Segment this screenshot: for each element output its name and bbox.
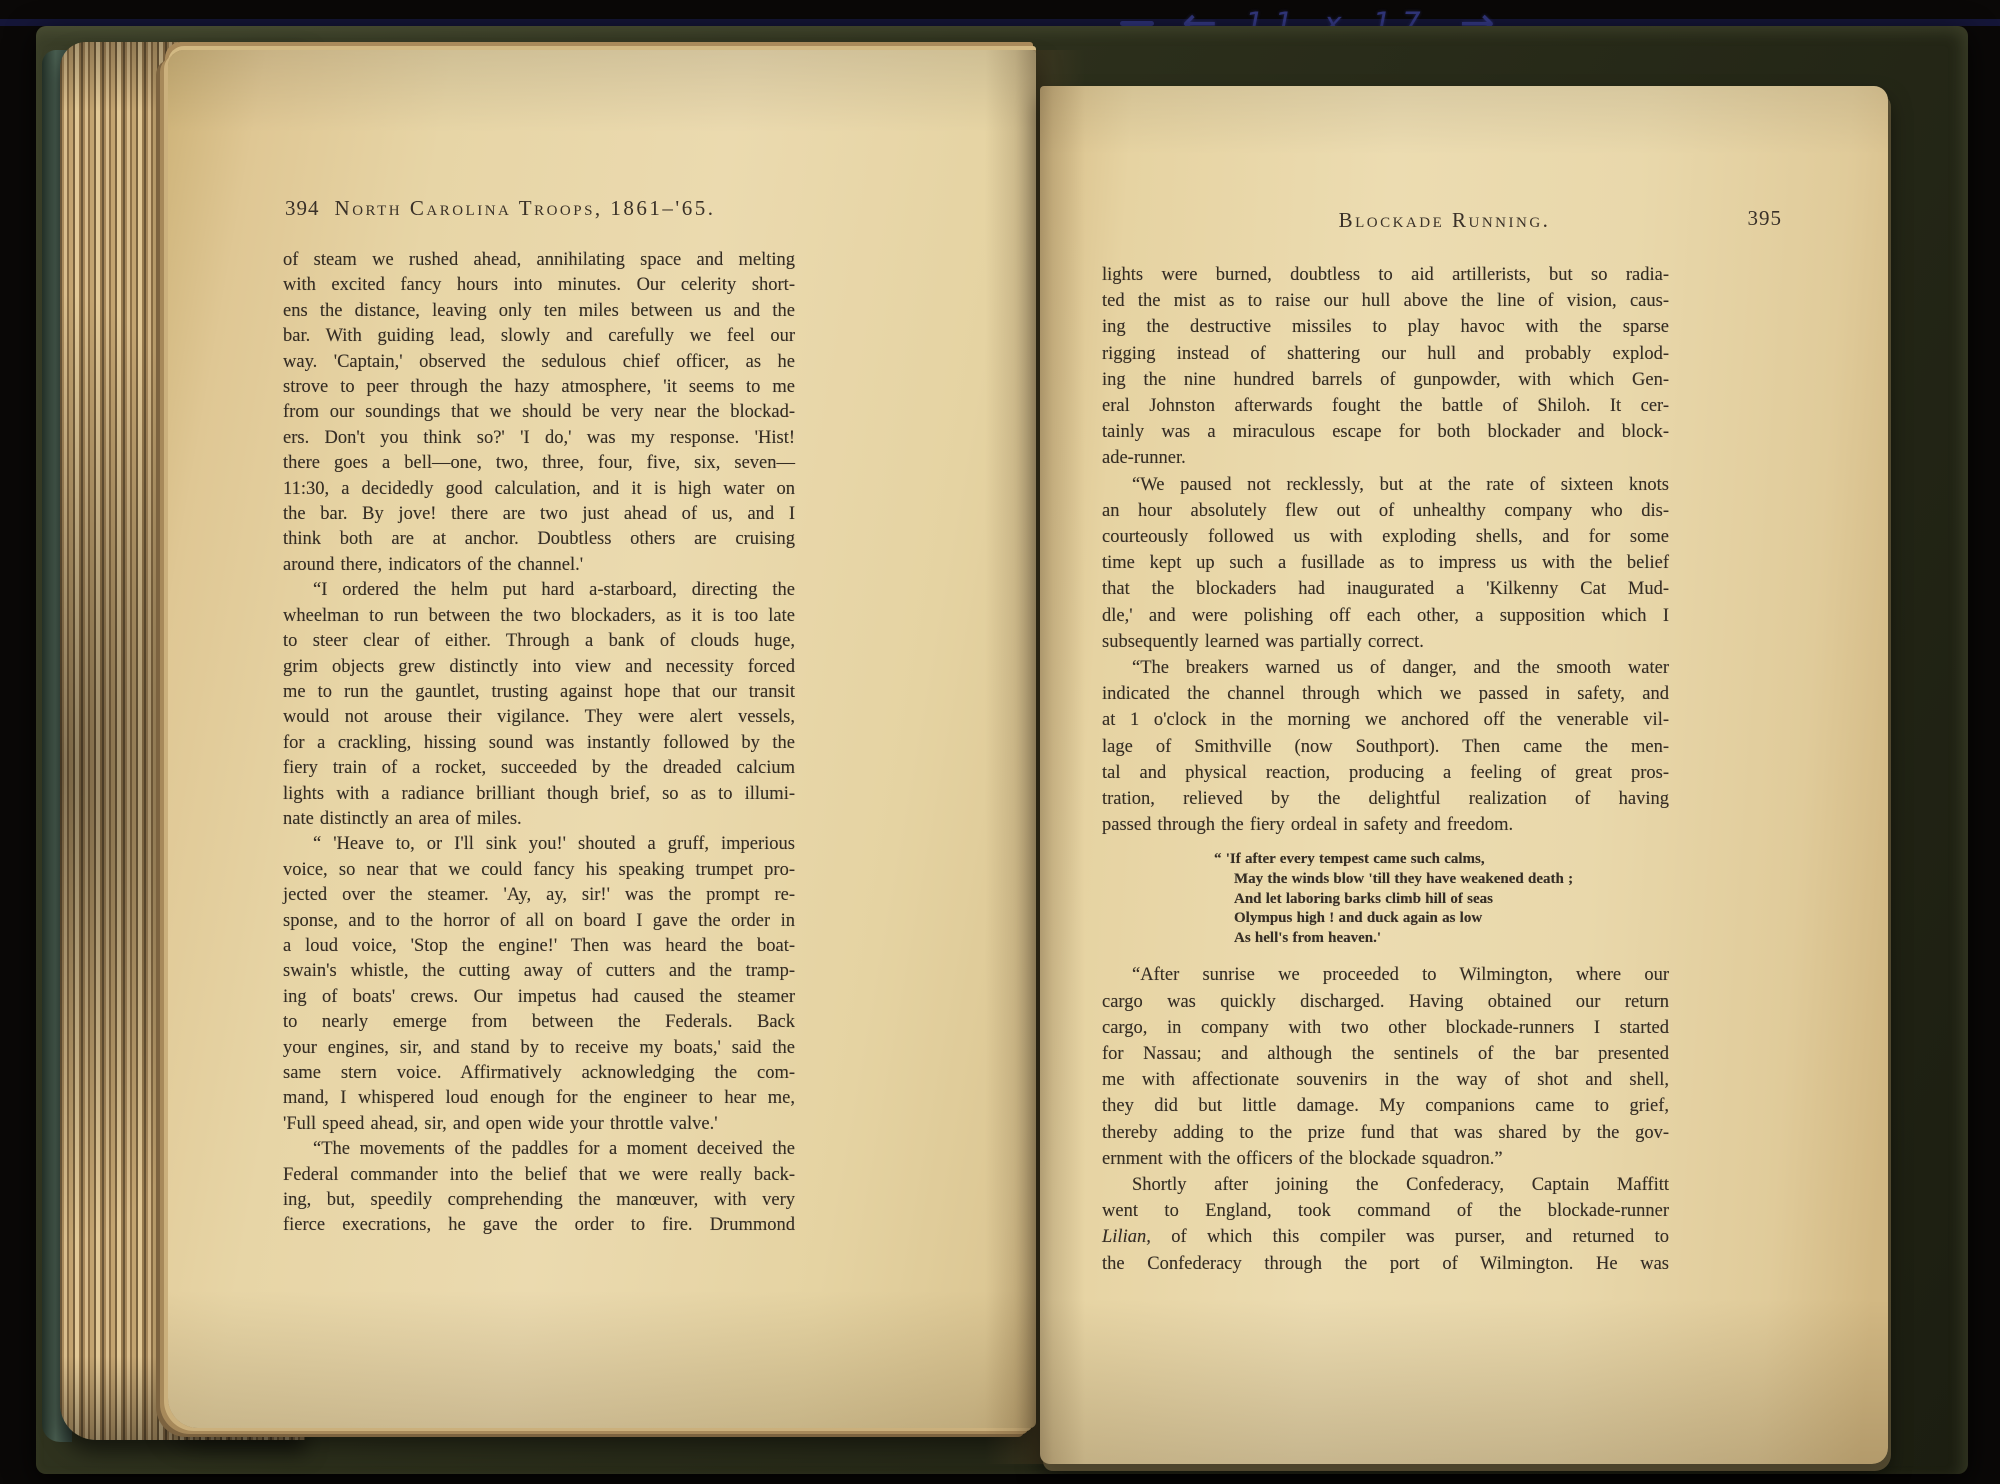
text-line: “The breakers warned us of danger, and t… — [1102, 655, 1669, 681]
text-line: me to run the gauntlet, trusting against… — [283, 680, 795, 705]
scan-top-line — [0, 19, 2000, 26]
text-line: And let laboring barks climb hill of sea… — [1234, 890, 1669, 910]
text-line: for Nassau; and although the sentinels o… — [1102, 1041, 1669, 1067]
text-line: for a crackling, hissing sound was insta… — [283, 731, 795, 756]
text-line: me with affectionate souvenirs in the wa… — [1102, 1067, 1669, 1093]
verse-quote: “ 'If after every tempest came such calm… — [1214, 850, 1669, 948]
text-line: ing of boats' crews. Our impetus had cau… — [283, 985, 795, 1010]
text-line: indicated the channel through which we p… — [1102, 681, 1669, 707]
text-line: As hell's from heaven.' — [1234, 929, 1669, 949]
text-line: there goes a bell—one, two, three, four,… — [283, 451, 795, 476]
text-line: the Confederacy through the port of Wilm… — [1102, 1251, 1669, 1277]
text-line: the bar. By jove! there are two just ahe… — [283, 502, 795, 527]
paragraph: lights were burned, doubtless to aid art… — [1102, 262, 1669, 472]
right-page-text: lights were burned, doubtless to aid art… — [1102, 262, 1669, 1277]
text-line: subsequently learned was partially corre… — [1102, 629, 1669, 655]
text-line: an hour absolutely flew out of unhealthy… — [1102, 498, 1669, 524]
text-line: swain's whistle, the cutting away of cut… — [283, 959, 795, 984]
text-line: Olympus high ! and duck again as low — [1234, 909, 1669, 929]
text-line: your engines, sir, and stand by to recei… — [283, 1036, 795, 1061]
text-line: same stern voice. Affirmatively acknowle… — [283, 1061, 795, 1086]
text-line: from our soundings that we should be ver… — [283, 400, 795, 425]
text-line: 11:30, a decidedly good calculation, and… — [283, 477, 795, 502]
text-line: lage of Smithville (now Southport). Then… — [1102, 734, 1669, 760]
text-line: May the winds blow 'till they have weake… — [1234, 870, 1669, 890]
text-line: tainly was a miraculous escape for both … — [1102, 419, 1669, 445]
right-page-header: Blockade Running. 395 — [1102, 208, 1782, 233]
paragraph: “ 'Heave to, or I'll sink you!' shouted … — [283, 832, 795, 1137]
left-page-header: 394 North Carolina Troops, 1861–'65. — [283, 196, 795, 221]
text-line: at 1 o'clock in the morning we anchored … — [1102, 707, 1669, 733]
text-segment: of which this compiler was purser, and r… — [1151, 1227, 1669, 1247]
running-header-left: North Carolina Troops, 1861–'65. — [269, 196, 781, 221]
right-page: Blockade Running. 395 lights were burned… — [1040, 86, 1888, 1464]
text-line: ens the distance, leaving only ten miles… — [283, 299, 795, 324]
text-line: 'Full speed ahead, sir, and open wide yo… — [283, 1112, 795, 1137]
text-line: they did but little damage. My companion… — [1102, 1093, 1669, 1119]
text-line: ernment with the officers of the blockad… — [1102, 1146, 1669, 1172]
text-line: “The movements of the paddles for a mome… — [283, 1137, 795, 1162]
text-line: strove to peer through the hazy atmosphe… — [283, 375, 795, 400]
running-header-right: Blockade Running. — [1162, 208, 1727, 233]
text-line: courteously followed us with exploding s… — [1102, 524, 1669, 550]
text-line: ing the nine hundred barrels of gunpowde… — [1102, 367, 1669, 393]
tick-mark — [1120, 21, 1154, 26]
text-line: way. 'Captain,' observed the sedulous ch… — [283, 350, 795, 375]
text-line: “We paused not recklessly, but at the ra… — [1102, 472, 1669, 498]
text-line: voice, so near that we could fancy his s… — [283, 858, 795, 883]
text-line: lights were burned, doubtless to aid art… — [1102, 262, 1669, 288]
text-line: ted the mist as to raise our hull above … — [1102, 288, 1669, 314]
text-line: “ 'Heave to, or I'll sink you!' shouted … — [283, 832, 795, 857]
text-line: passed through the fiery ordeal in safet… — [1102, 812, 1669, 838]
text-line: cargo was quickly discharged. Having obt… — [1102, 989, 1669, 1015]
text-line: tration, relieved by the delightful real… — [1102, 786, 1669, 812]
paragraph: Shortly after joining the Confederacy, C… — [1102, 1172, 1669, 1277]
left-page: 394 North Carolina Troops, 1861–'65. of … — [168, 50, 1036, 1428]
text-line: wheelman to run between the two blockade… — [283, 604, 795, 629]
paragraph: of steam we rushed ahead, annihilating s… — [283, 248, 795, 578]
text-line: to nearly emerge from between the Federa… — [283, 1010, 795, 1035]
page-number-right: 395 — [1748, 206, 1783, 231]
italic-text: Lilian, — [1102, 1227, 1151, 1247]
text-line: fierce execrations, he gave the order to… — [283, 1213, 795, 1238]
text-line: thereby adding to the prize fund that wa… — [1102, 1120, 1669, 1146]
text-line: grim objects grew distinctly into view a… — [283, 655, 795, 680]
paragraph: “The movements of the paddles for a mome… — [283, 1137, 795, 1239]
text-line: a loud voice, 'Stop the engine!' Then wa… — [283, 934, 795, 959]
text-line: rigging instead of shattering our hull a… — [1102, 341, 1669, 367]
text-line: ing the destructive missiles to play hav… — [1102, 314, 1669, 340]
text-line: around there, indicators of the channel.… — [283, 553, 795, 578]
text-line: bar. With guiding lead, slowly and caref… — [283, 324, 795, 349]
text-line: would not arouse their vigilance. They w… — [283, 705, 795, 730]
left-page-text: of steam we rushed ahead, annihilating s… — [283, 248, 795, 1239]
text-line: Federal commander into the belief that w… — [283, 1163, 795, 1188]
text-line: ing, but, speedily comprehending the man… — [283, 1188, 795, 1213]
text-line: ers. Don't you think so?' 'I do,' was my… — [283, 426, 795, 451]
text-line: mand, I whispered loud enough for the en… — [283, 1086, 795, 1111]
text-line: Shortly after joining the Confederacy, C… — [1102, 1172, 1669, 1198]
text-line: with excited fancy hours into minutes. O… — [283, 273, 795, 298]
text-line: sponse, and to the horror of all on boar… — [283, 909, 795, 934]
text-line: “I ordered the helm put hard a-starboard… — [283, 578, 795, 603]
text-line: lights with a radiance brilliant though … — [283, 782, 795, 807]
text-line: ade-runner. — [1102, 445, 1669, 471]
text-line: “ 'If after every tempest came such calm… — [1214, 850, 1669, 870]
text-line: fiery train of a rocket, succeeded by th… — [283, 756, 795, 781]
paragraph: “The breakers warned us of danger, and t… — [1102, 655, 1669, 838]
text-line: that the blockaders had inaugurated a 'K… — [1102, 576, 1669, 602]
text-line: dle,' and were polishing off each other,… — [1102, 603, 1669, 629]
text-line: Lilian, of which this compiler was purse… — [1102, 1224, 1669, 1250]
text-line: time kept up such a fusillade as to impr… — [1102, 550, 1669, 576]
paragraph: “I ordered the helm put hard a-starboard… — [283, 578, 795, 832]
text-line: of steam we rushed ahead, annihilating s… — [283, 248, 795, 273]
text-line: to steer clear of either. Through a bank… — [283, 629, 795, 654]
text-line: think both are at anchor. Doubtless othe… — [283, 527, 795, 552]
text-line: jected over the steamer. 'Ay, ay, sir!' … — [283, 883, 795, 908]
paragraph: “After sunrise we proceeded to Wilmingto… — [1102, 962, 1669, 1172]
paragraph: “We paused not recklessly, but at the ra… — [1102, 472, 1669, 655]
text-line: went to England, took command of the blo… — [1102, 1198, 1669, 1224]
book-scan: ← 11 x 17 → 394 North Carolina Troops, 1… — [0, 0, 2000, 1484]
text-line: cargo, in company with two other blockad… — [1102, 1015, 1669, 1041]
text-line: tal and physical reaction, producing a f… — [1102, 760, 1669, 786]
text-line: nate distinctly an area of miles. — [283, 807, 795, 832]
text-line: eral Johnston afterwards fought the batt… — [1102, 393, 1669, 419]
text-line: “After sunrise we proceeded to Wilmingto… — [1102, 962, 1669, 988]
